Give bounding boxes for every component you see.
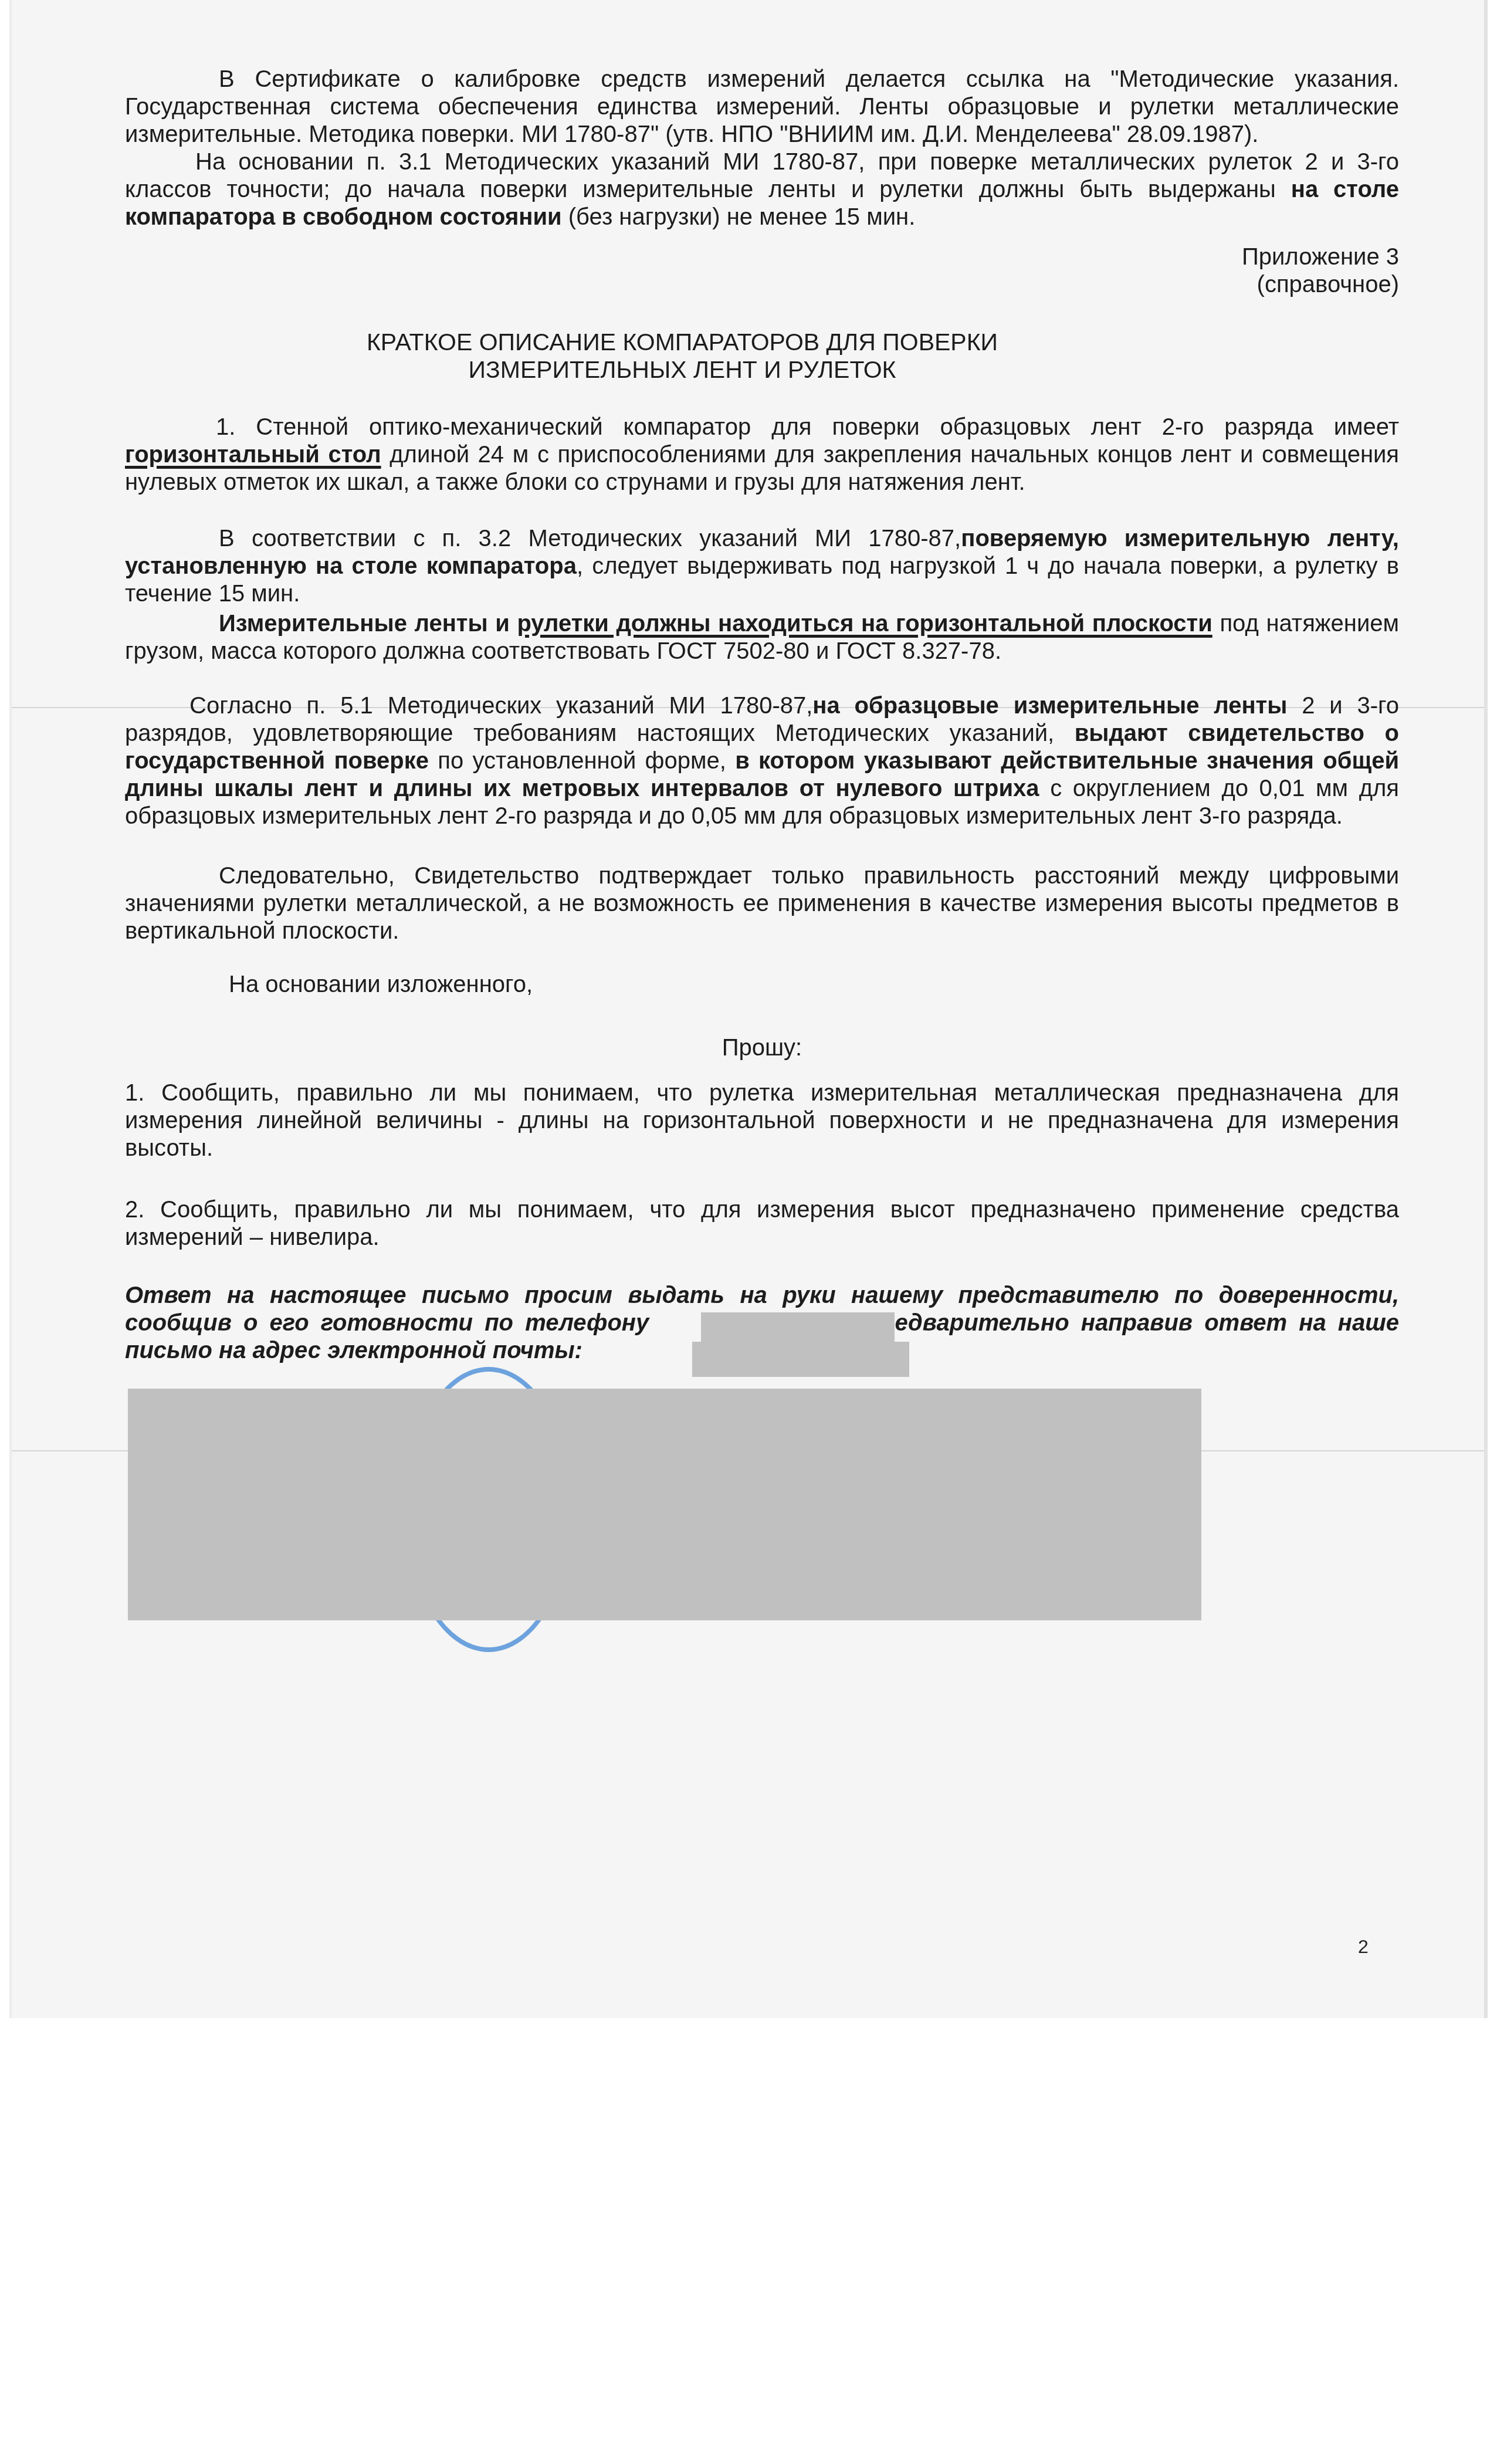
request-list: 1. Сообщить, правильно ли мы понимаем, ч… xyxy=(125,1079,1399,1251)
basis-line: На основании изложенного, xyxy=(229,971,933,999)
redacted-signature-block xyxy=(128,1389,1201,1620)
redacted-email xyxy=(692,1342,909,1377)
request-item-2: 2. Сообщить, правильно ли мы понимаем, ч… xyxy=(125,1196,1399,1251)
appendix-label-block: Приложение 3 (справочное) xyxy=(125,243,1399,299)
intro-section: В Сертификате о калибровке средств измер… xyxy=(125,66,1399,231)
paragraph-3: В соответствии с п. 3.2 Методических ука… xyxy=(125,525,1399,608)
paragraph-6: Следовательно, Свидетельство подтверждае… xyxy=(125,862,1399,945)
appendix-label: Приложение 3 xyxy=(125,243,1399,271)
paragraph-4: Измерительные ленты и рулетки должны нах… xyxy=(125,610,1399,665)
appendix-title: КРАТКОЕ ОПИСАНИЕ КОМПАРАТОРОВ ДЛЯ ПОВЕРК… xyxy=(125,329,1415,384)
redacted-phone xyxy=(701,1312,895,1342)
intro-paragraph-2: На основании п. 3.1 Методических указани… xyxy=(125,148,1399,231)
appendix-item-1: 1. Стенной оптико-механический компарато… xyxy=(125,414,1399,496)
scanned-page xyxy=(9,0,1488,2018)
emphasis-underlined: горизонтальный стол xyxy=(125,442,381,468)
page-number: 2 xyxy=(1358,1936,1369,1958)
intro-paragraph-1: В Сертификате о калибровке средств измер… xyxy=(125,66,1399,148)
paragraph-5: Согласно п. 5.1 Методических указаний МИ… xyxy=(125,692,1399,830)
request-heading: Прошу: xyxy=(125,1034,1399,1062)
appendix-note: (справочное) xyxy=(125,271,1399,299)
emphasis-underlined: рулетки должны находиться на горизонталь… xyxy=(517,611,1212,637)
request-item-1: 1. Сообщить, правильно ли мы понимаем, ч… xyxy=(125,1079,1399,1162)
